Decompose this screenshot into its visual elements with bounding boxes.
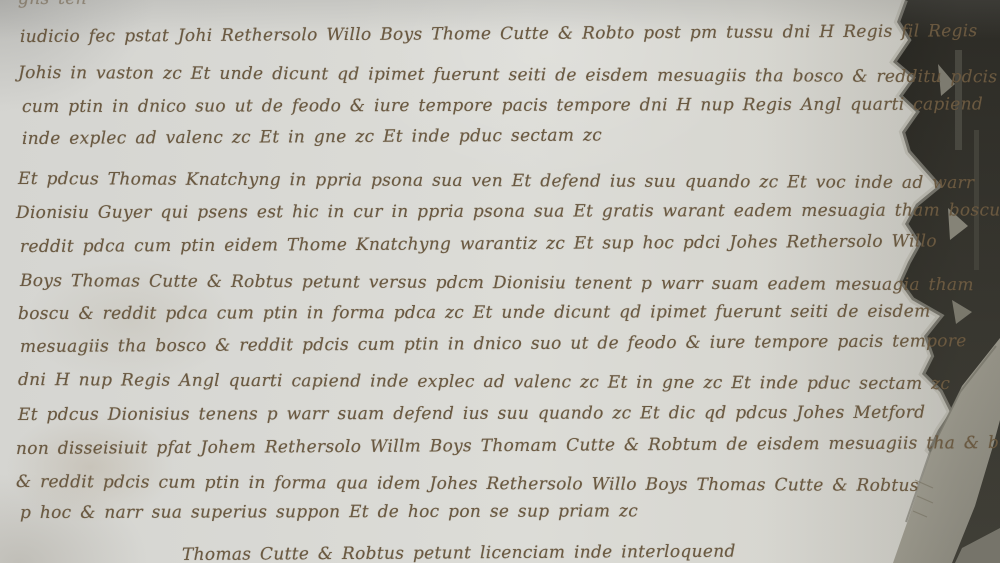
manuscript-line: cum ptin in dnico suo ut de feodo & iure…	[22, 93, 983, 118]
manuscript-line: dni H nup Regis Angl quarti capiend inde…	[18, 369, 950, 395]
manuscript-line: Dionisiu Guyer qui psens est hic in cur …	[16, 199, 1000, 224]
manuscript-line: non disseisiuit pfat Johem Rethersolo Wi…	[16, 432, 1000, 460]
manuscript-line: & reddit pdcis cum ptin in forma qua ide…	[16, 471, 919, 497]
manuscript-line: Johis in vaston zc Et unde dicunt qd ipi…	[18, 62, 998, 88]
manuscript-line: Et pdcus Dionisius tenens p warr suam de…	[18, 402, 925, 426]
manuscript-line: Thomas Cutte & Robtus petunt licenciam i…	[182, 541, 736, 563]
manuscript-line: boscu & reddit pdca cum ptin in forma pd…	[18, 301, 931, 325]
manuscript-text: gns ten iudicio fec pstat Johi Rethersol…	[0, 0, 1000, 563]
manuscript-line: inde explec ad valenc zc Et in gne zc Et…	[22, 124, 602, 150]
manuscript-line: Boys Thomas Cutte & Robtus petunt versus…	[20, 270, 974, 296]
manuscript-line: reddit pdca cum ptin eidem Thome Knatchy…	[20, 230, 937, 258]
manuscript-line: mesuagiis tha bosco & reddit pdcis cum p…	[20, 330, 967, 358]
manuscript-line: Et pdcus Thomas Knatchyng in ppria psona…	[18, 168, 974, 194]
manuscript-line: gns ten	[18, 0, 87, 10]
manuscript-line: p hoc & narr sua superius suppon Et de h…	[20, 500, 638, 524]
manuscript-photo: gns ten iudicio fec pstat Johi Rethersol…	[0, 0, 1000, 563]
manuscript-line: iudicio fec pstat Johi Rethersolo Willo …	[20, 20, 978, 48]
